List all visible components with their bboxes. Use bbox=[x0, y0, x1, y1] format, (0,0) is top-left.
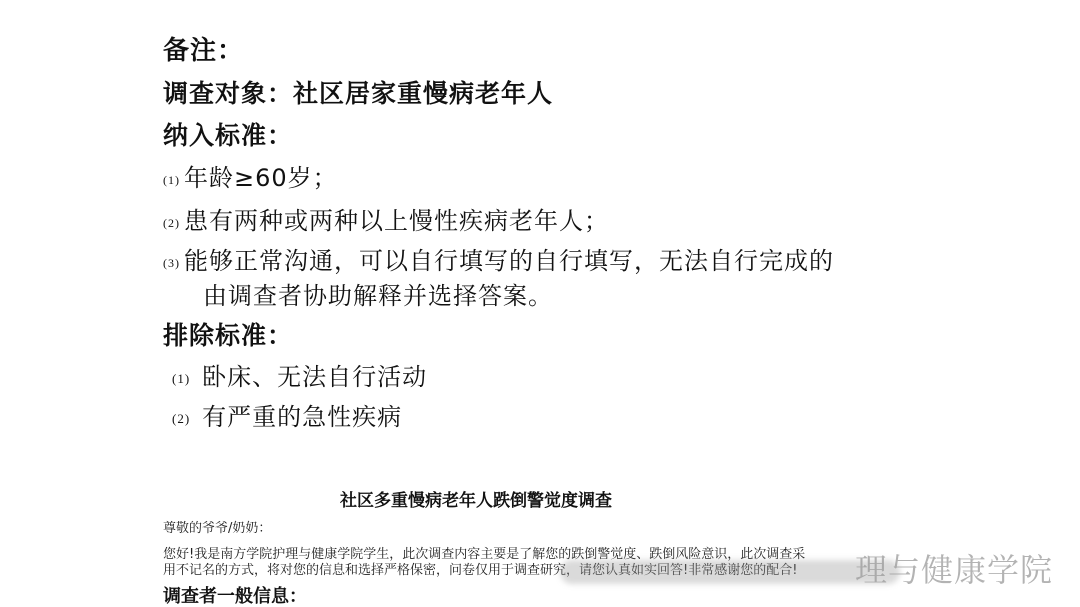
watermark: 理与健康学院 bbox=[855, 545, 1053, 591]
subject-label: 调查对象： bbox=[163, 79, 293, 108]
item-number: (1) bbox=[172, 371, 190, 387]
inclusion-item-2: (2)患有两种或两种以上慢性疾病老年人； bbox=[163, 201, 609, 236]
item-number: (2) bbox=[163, 216, 180, 231]
subject-value: 社区居家重慢病老年人 bbox=[293, 79, 553, 108]
exclusion-item-2: (2)有严重的急性疾病 bbox=[172, 397, 402, 432]
inclusion-item-3: (3)能够正常沟通，可以自行填写的自行填写，无法自行完成的 bbox=[163, 241, 834, 276]
item-number: (3) bbox=[163, 256, 180, 271]
item-text: 患有两种或两种以上慢性疾病老年人； bbox=[184, 207, 609, 235]
survey-title: 社区多重慢病老年人跌倒警觉度调查 bbox=[340, 486, 612, 511]
exclusion-heading: 排除标准： bbox=[163, 316, 293, 352]
item-text: 年龄≥60岁； bbox=[184, 164, 338, 192]
survey-greeting: 尊敬的爷爷/奶奶： bbox=[163, 517, 271, 536]
item-text: 有严重的急性疾病 bbox=[202, 403, 402, 431]
survey-subject: 调查对象：社区居家重慢病老年人 bbox=[163, 74, 553, 110]
section-heading-general-info: 调查者一般信息： bbox=[163, 582, 307, 607]
exclusion-item-1: (1)卧床、无法自行活动 bbox=[172, 357, 427, 392]
inclusion-item-1: (1)年龄≥60岁； bbox=[163, 158, 338, 193]
item-number: (2) bbox=[172, 411, 190, 427]
item-text: 能够正常沟通，可以自行填写的自行填写，无法自行完成的 bbox=[184, 247, 834, 275]
item-number: (1) bbox=[163, 173, 180, 188]
inclusion-item-3-continuation: 由调查者协助解释并选择答案。 bbox=[203, 276, 553, 311]
item-text: 卧床、无法自行活动 bbox=[202, 363, 427, 391]
watermark-blur bbox=[560, 560, 900, 584]
inclusion-heading: 纳入标准： bbox=[163, 116, 293, 152]
notes-heading: 备注： bbox=[163, 30, 244, 67]
